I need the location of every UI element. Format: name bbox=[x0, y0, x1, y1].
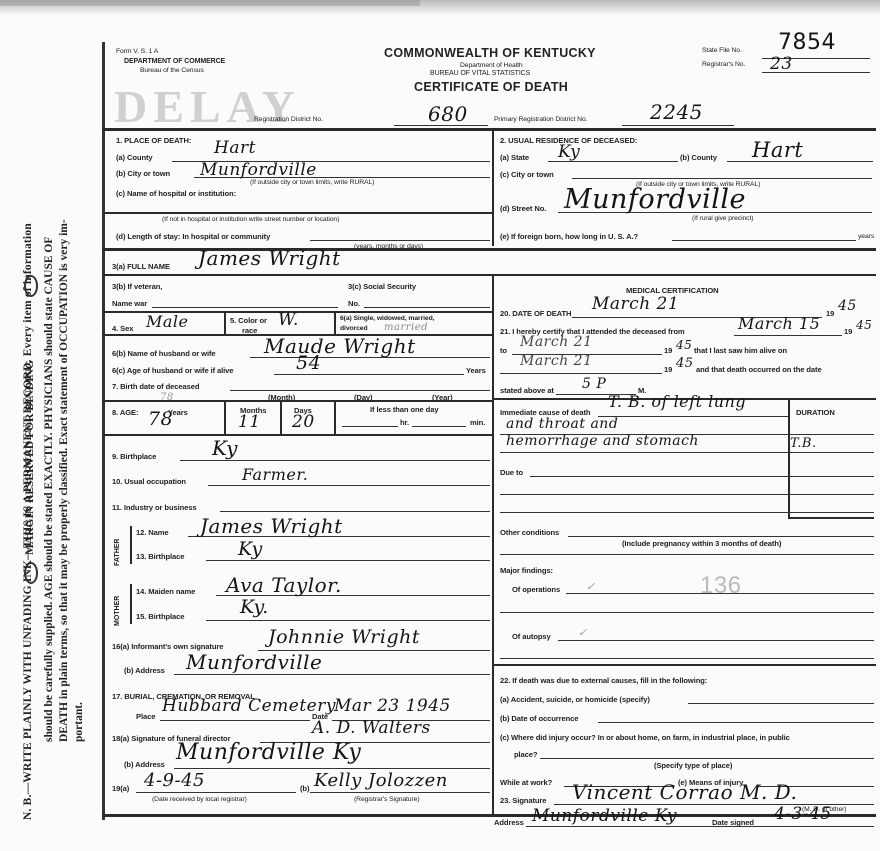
attended-from-year-prefix: 19 bbox=[844, 327, 852, 336]
binding-note: MARGIN RESERVED FOR BINDING bbox=[24, 360, 36, 555]
pod-city-note: (If outside city or town limits, write R… bbox=[250, 179, 374, 186]
mother-name-label: 14. Maiden name bbox=[136, 587, 195, 596]
birthplace-value: Ky bbox=[212, 436, 238, 460]
age-days-value: 20 bbox=[292, 412, 315, 432]
burial-place-line[interactable] bbox=[160, 720, 310, 721]
res-street-value: Munfordville bbox=[564, 184, 746, 215]
spouse-age-suffix: Years bbox=[466, 366, 486, 375]
primary-district-line bbox=[622, 125, 734, 126]
state-file-label: State File No. bbox=[702, 47, 742, 54]
place-note: (Specify type of place) bbox=[654, 761, 732, 770]
other-conditions-label: Other conditions bbox=[500, 528, 559, 537]
external-heading: 22. If death was due to external causes,… bbox=[500, 676, 707, 685]
immediate-cause-line-1: T. B. of left lung bbox=[608, 392, 746, 411]
age-min-label: min. bbox=[470, 418, 485, 427]
registration-district-value: 680 bbox=[428, 102, 468, 126]
age-hr-line[interactable] bbox=[342, 426, 398, 427]
pod-stay-label: (d) Length of stay: In hospital or commu… bbox=[116, 232, 270, 241]
main-column-divider bbox=[492, 274, 494, 816]
received-label: 19(a) bbox=[112, 784, 129, 793]
registrar-signature-value: Kelly Jolozzen bbox=[314, 770, 448, 791]
attended-to-value: March 21 bbox=[520, 334, 593, 350]
sex-label: 4. Sex bbox=[112, 324, 133, 333]
age-min-line[interactable] bbox=[412, 426, 466, 427]
ssn-label: 3(c) Social Security bbox=[348, 282, 416, 291]
received-value: 4-9-45 bbox=[144, 770, 205, 791]
informant-address-line[interactable] bbox=[174, 674, 490, 675]
registrar-no-value: 23 bbox=[770, 54, 793, 74]
medical-bottom-divider bbox=[494, 664, 876, 666]
color-value: W. bbox=[278, 310, 299, 330]
res-state-label: (a) State bbox=[500, 153, 529, 162]
pod-city-label: (b) City or town bbox=[116, 169, 170, 178]
autopsy-value: ✓ bbox=[578, 626, 588, 639]
accident-label: (a) Accident, suicide, or homicide (spec… bbox=[500, 695, 650, 704]
funeral-director-value: A. D. Walters bbox=[312, 718, 431, 738]
marital-label: 6(a) Single, widowed, married, bbox=[340, 315, 434, 322]
operations-line-2[interactable] bbox=[500, 612, 874, 613]
autopsy-line[interactable] bbox=[558, 640, 874, 641]
autopsy-label: Of autopsy bbox=[512, 632, 551, 641]
ssn-line[interactable] bbox=[364, 307, 490, 308]
spouse-label: 6(b) Name of husband or wife bbox=[112, 349, 216, 358]
res-foreign-suffix: years bbox=[858, 233, 874, 240]
last-saw-line[interactable] bbox=[500, 373, 662, 374]
duration-line-1 bbox=[790, 434, 874, 435]
dod-year-value: 45 bbox=[838, 298, 857, 314]
header-divider bbox=[102, 128, 876, 131]
age-divider-3 bbox=[334, 402, 336, 434]
spouse-age-label: 6(c) Age of husband or wife if alive bbox=[112, 366, 233, 375]
burial-date-value: Mar 23 1945 bbox=[334, 696, 451, 716]
mother-birthplace-value: Ky. bbox=[240, 596, 269, 618]
marital-label-2: divorced bbox=[340, 325, 368, 332]
physician-address-label: Address bbox=[494, 818, 524, 827]
place-label: place? bbox=[514, 750, 537, 759]
father-side-label: FATHER bbox=[114, 539, 121, 566]
death-certificate-form: Form V. S. 1 A DEPARTMENT OF COMMERCE Bu… bbox=[102, 36, 876, 826]
stated-above-label: stated above at bbox=[500, 386, 554, 395]
birth-divider bbox=[102, 400, 492, 402]
date-of-death-value: March 21 bbox=[592, 294, 679, 314]
instruction-line-3: DEATH in plain terms, so that it may be … bbox=[58, 219, 70, 742]
occupation-label: 10. Usual occupation bbox=[112, 477, 186, 486]
duration-divider bbox=[788, 400, 790, 518]
age-less-label: If less than one day bbox=[370, 405, 438, 414]
mother-bracket bbox=[130, 584, 132, 624]
time-value: 5 P bbox=[582, 376, 606, 392]
place-of-death-heading: 1. PLACE OF DEATH: bbox=[116, 136, 191, 145]
pod-divider bbox=[105, 212, 492, 214]
left-margin: N. B.—WRITE PLAINLY WITH UNFADING INK—TH… bbox=[0, 0, 100, 851]
other-conditions-line-2[interactable] bbox=[500, 554, 874, 555]
attended-from-value: March 15 bbox=[738, 314, 820, 333]
age-months-value: 11 bbox=[238, 412, 261, 432]
mother-birthplace-label: 15. Birthplace bbox=[136, 612, 184, 621]
primary-district-value: 2245 bbox=[650, 100, 703, 124]
veteran-label: 3(b) If veteran, bbox=[112, 282, 162, 291]
pod-county-label: (a) County bbox=[116, 153, 153, 162]
informant-address-label: (b) Address bbox=[124, 666, 165, 675]
place-line[interactable] bbox=[540, 758, 874, 759]
duration-value: T.B. bbox=[790, 436, 817, 451]
duration-label: DURATION bbox=[796, 408, 835, 417]
burial-place-value: Hubbard Cemetery bbox=[162, 696, 336, 716]
age-divider-1 bbox=[224, 402, 226, 434]
pod-county-value: Hart bbox=[214, 138, 256, 158]
father-birthplace-value: Ky bbox=[238, 538, 263, 560]
age-years-value: 78 bbox=[148, 408, 173, 430]
res-state-value: Ky bbox=[558, 142, 580, 162]
instruction-line-4: portant. bbox=[73, 702, 85, 742]
registration-district-label: Registration District No. bbox=[254, 116, 323, 123]
dept-health: Department of Health bbox=[460, 62, 523, 69]
received-line[interactable] bbox=[136, 792, 296, 793]
registrar-signature-note: (Registrar's Signature) bbox=[354, 796, 419, 803]
father-bracket bbox=[130, 526, 132, 564]
form-id: Form V. S. 1 A bbox=[116, 48, 158, 55]
due-to-label: Due to bbox=[500, 468, 523, 477]
form-bottom-border bbox=[102, 814, 876, 817]
certificate-title: CERTIFICATE OF DEATH bbox=[414, 80, 568, 94]
res-county-label: (b) County bbox=[680, 153, 717, 162]
state-title: COMMONWEALTH OF KENTUCKY bbox=[384, 46, 596, 60]
binding-hole-icon bbox=[24, 275, 38, 297]
informant-signature-value: Johnnie Wright bbox=[268, 626, 420, 648]
age-label: 8. AGE: bbox=[112, 408, 138, 417]
occurred-label: and that death occurred on the date bbox=[696, 365, 822, 374]
pod-hospital-label: (c) Name of hospital or institution: bbox=[116, 189, 236, 198]
father-name-label: 12. Name bbox=[136, 528, 169, 537]
accident-line[interactable] bbox=[688, 703, 874, 704]
instruction-line-2: should be carefully supplied. AGE should… bbox=[43, 237, 55, 742]
date-of-death-label: 20. DATE OF DEATH bbox=[500, 309, 571, 318]
father-name-value: James Wright bbox=[200, 514, 343, 538]
marital-value: married bbox=[384, 322, 428, 333]
birth-date-label: 7. Birth date of deceased bbox=[112, 382, 199, 391]
registrar-signature-label: (b) bbox=[300, 784, 309, 793]
binding-hole-icon bbox=[24, 562, 38, 584]
operations-label: Of operations bbox=[512, 585, 560, 594]
res-street-label: (d) Street No. bbox=[500, 204, 546, 213]
age-hr-label: hr. bbox=[400, 418, 409, 427]
section-divider bbox=[492, 131, 494, 246]
full-name-value: James Wright bbox=[198, 246, 341, 270]
age-divider-2 bbox=[280, 402, 282, 434]
operations-value: ✓ bbox=[586, 580, 596, 593]
form-left-border bbox=[102, 42, 105, 820]
bureau-vital: BUREAU OF VITAL STATISTICS bbox=[430, 70, 530, 77]
physician-address-line[interactable] bbox=[526, 826, 874, 827]
spouse-value: Maude Wright bbox=[264, 334, 416, 358]
veteran-line[interactable] bbox=[152, 307, 338, 308]
dod-year-prefix: 19 bbox=[826, 309, 834, 318]
signature-label: 23. Signature bbox=[500, 796, 546, 805]
date-signed-label: Date signed bbox=[712, 818, 754, 827]
age-divider bbox=[102, 434, 492, 436]
autopsy-line-2[interactable] bbox=[500, 658, 874, 659]
last-saw-label: that I last saw him alive on bbox=[694, 346, 787, 355]
mother-name-value: Ava Taylor. bbox=[226, 573, 342, 597]
received-note: (Date received by local registrar) bbox=[152, 796, 247, 803]
due-to-line-3[interactable] bbox=[500, 512, 874, 513]
attended-from-line[interactable] bbox=[734, 335, 842, 336]
res-city-label: (c) City or town bbox=[500, 170, 554, 179]
last-saw-year-prefix: 19 bbox=[664, 365, 672, 374]
informant-address-value: Munfordville bbox=[186, 650, 322, 674]
color-label: 5. Color or bbox=[230, 316, 267, 325]
occupation-value: Farmer. bbox=[242, 465, 308, 484]
primary-district-label: Primary Registration District No. bbox=[494, 116, 587, 123]
date-signed-value: 4-3-45 bbox=[774, 804, 832, 824]
due-to-line-2[interactable] bbox=[500, 494, 874, 495]
where-label: (c) Where did injury occur? In or about … bbox=[500, 733, 790, 742]
registrar-no-label: Registrar's No. bbox=[702, 61, 745, 68]
immediate-cause-line-3: hemorrhage and stomach bbox=[506, 433, 699, 449]
spouse-age-line[interactable] bbox=[274, 374, 464, 375]
director-address-label: (b) Address bbox=[124, 760, 165, 769]
occurrence-label: (b) Date of occurrence bbox=[500, 714, 578, 723]
birthplace-line[interactable] bbox=[180, 460, 490, 461]
pod-city-value: Munfordville bbox=[200, 160, 317, 180]
color-marital-divider bbox=[334, 312, 336, 334]
burial-place-label: Place bbox=[136, 712, 155, 721]
full-name-label: 3(a) FULL NAME bbox=[112, 262, 170, 271]
attended-to-year: 45 bbox=[676, 338, 692, 352]
occupation-line[interactable] bbox=[208, 485, 490, 486]
cause-line-1[interactable] bbox=[598, 416, 788, 417]
last-saw-year: 45 bbox=[676, 356, 694, 371]
father-birthplace-line[interactable] bbox=[206, 560, 490, 561]
birth-date-line[interactable] bbox=[230, 390, 490, 391]
duration-bottom bbox=[788, 517, 874, 519]
full-name-divider bbox=[102, 274, 876, 276]
other-conditions-line[interactable] bbox=[568, 536, 874, 537]
birthplace-label: 9. Birthplace bbox=[112, 452, 156, 461]
mother-side-label: MOTHER bbox=[114, 596, 121, 626]
registrar-signature-line[interactable] bbox=[310, 792, 490, 793]
physician-address-value: Munfordville Ky bbox=[532, 806, 677, 826]
department: DEPARTMENT OF COMMERCE bbox=[124, 58, 225, 65]
physician-signature-value: Vincent Corrao M. D. bbox=[572, 780, 797, 804]
sex-color-divider bbox=[224, 312, 226, 334]
immediate-cause-line-2: and throat and bbox=[506, 416, 618, 432]
attended-from-year: 45 bbox=[856, 318, 872, 332]
res-foreign-line[interactable] bbox=[672, 240, 856, 241]
mother-birthplace-line[interactable] bbox=[206, 620, 490, 621]
res-foreign-label: (e) If foreign born, how long in U. S. A… bbox=[500, 232, 638, 241]
major-findings-label: Major findings: bbox=[500, 566, 553, 575]
last-saw-value: March 21 bbox=[520, 353, 593, 369]
res-county-value: Hart bbox=[752, 138, 803, 162]
ssn-label-2: No. bbox=[348, 299, 360, 308]
at-work-label: While at work? bbox=[500, 778, 552, 787]
delay-stamp: DELAY bbox=[114, 80, 301, 133]
attended-to-year-prefix: 19 bbox=[664, 346, 672, 355]
director-address-value: Munfordville Ky bbox=[176, 740, 361, 765]
state-file-value: 7854 bbox=[778, 30, 836, 55]
industry-label: 11. Industry or business bbox=[112, 503, 197, 512]
pod-stay-line[interactable] bbox=[310, 240, 490, 241]
other-conditions-note: (Include pregnancy within 3 months of de… bbox=[622, 539, 781, 548]
sex-value: Male bbox=[146, 312, 189, 331]
cause-line-3[interactable] bbox=[500, 452, 874, 453]
bureau: Bureau of the Census bbox=[140, 67, 204, 74]
veteran-label-2: Name war bbox=[112, 299, 147, 308]
faint-stamp: 136 bbox=[700, 572, 742, 600]
spouse-age-value: 54 bbox=[296, 352, 321, 374]
res-street-note: (If rural give precinct) bbox=[692, 215, 753, 222]
occurrence-line[interactable] bbox=[598, 722, 874, 723]
res-city-line[interactable] bbox=[572, 178, 872, 179]
pod-hospital-note: (If not in hospital or institution write… bbox=[162, 216, 339, 223]
attended-to-prefix: to bbox=[500, 346, 507, 355]
industry-line[interactable] bbox=[220, 511, 490, 512]
father-birthplace-label: 13. Birthplace bbox=[136, 552, 184, 561]
due-to-line-1[interactable] bbox=[530, 476, 874, 477]
